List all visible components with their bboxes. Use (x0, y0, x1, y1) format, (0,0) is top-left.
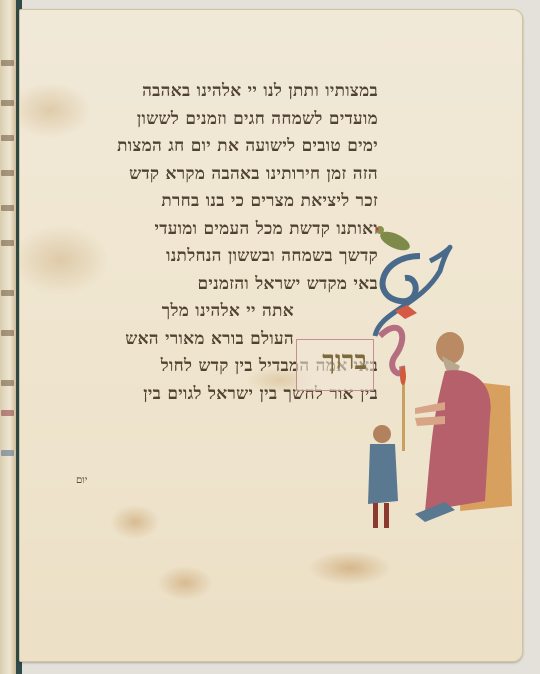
text-line: זכר ליציאת מצרים כי בנו בחרת (48, 188, 378, 216)
facing-page-edge (0, 0, 17, 674)
text-line: הזה זמן חירותינו באהבה מקרא קדש (48, 161, 378, 189)
text-line: העולם בורא מאורי האש (48, 326, 294, 354)
catchword: יום (76, 475, 87, 486)
text-line: ימים טובים לישועה את יום חג המצות (48, 133, 378, 161)
text-line: אתה יי אלהינו מלך (48, 298, 294, 326)
illustration-teacher-and-child (360, 216, 520, 536)
text-line: מועדים לשמחה חגים וזמנים לששון (48, 106, 378, 134)
text-line: ואותנו קדשת מכל העמים ומועדי (48, 216, 378, 244)
text-line: במצותיו ותתן לנו יי אלהינו באהבה (48, 78, 378, 106)
text-line: באי מקדש ישראל והזמנים (48, 271, 378, 299)
text-line: קדשך בשמחה ובששון הנחלתנו (48, 243, 378, 271)
